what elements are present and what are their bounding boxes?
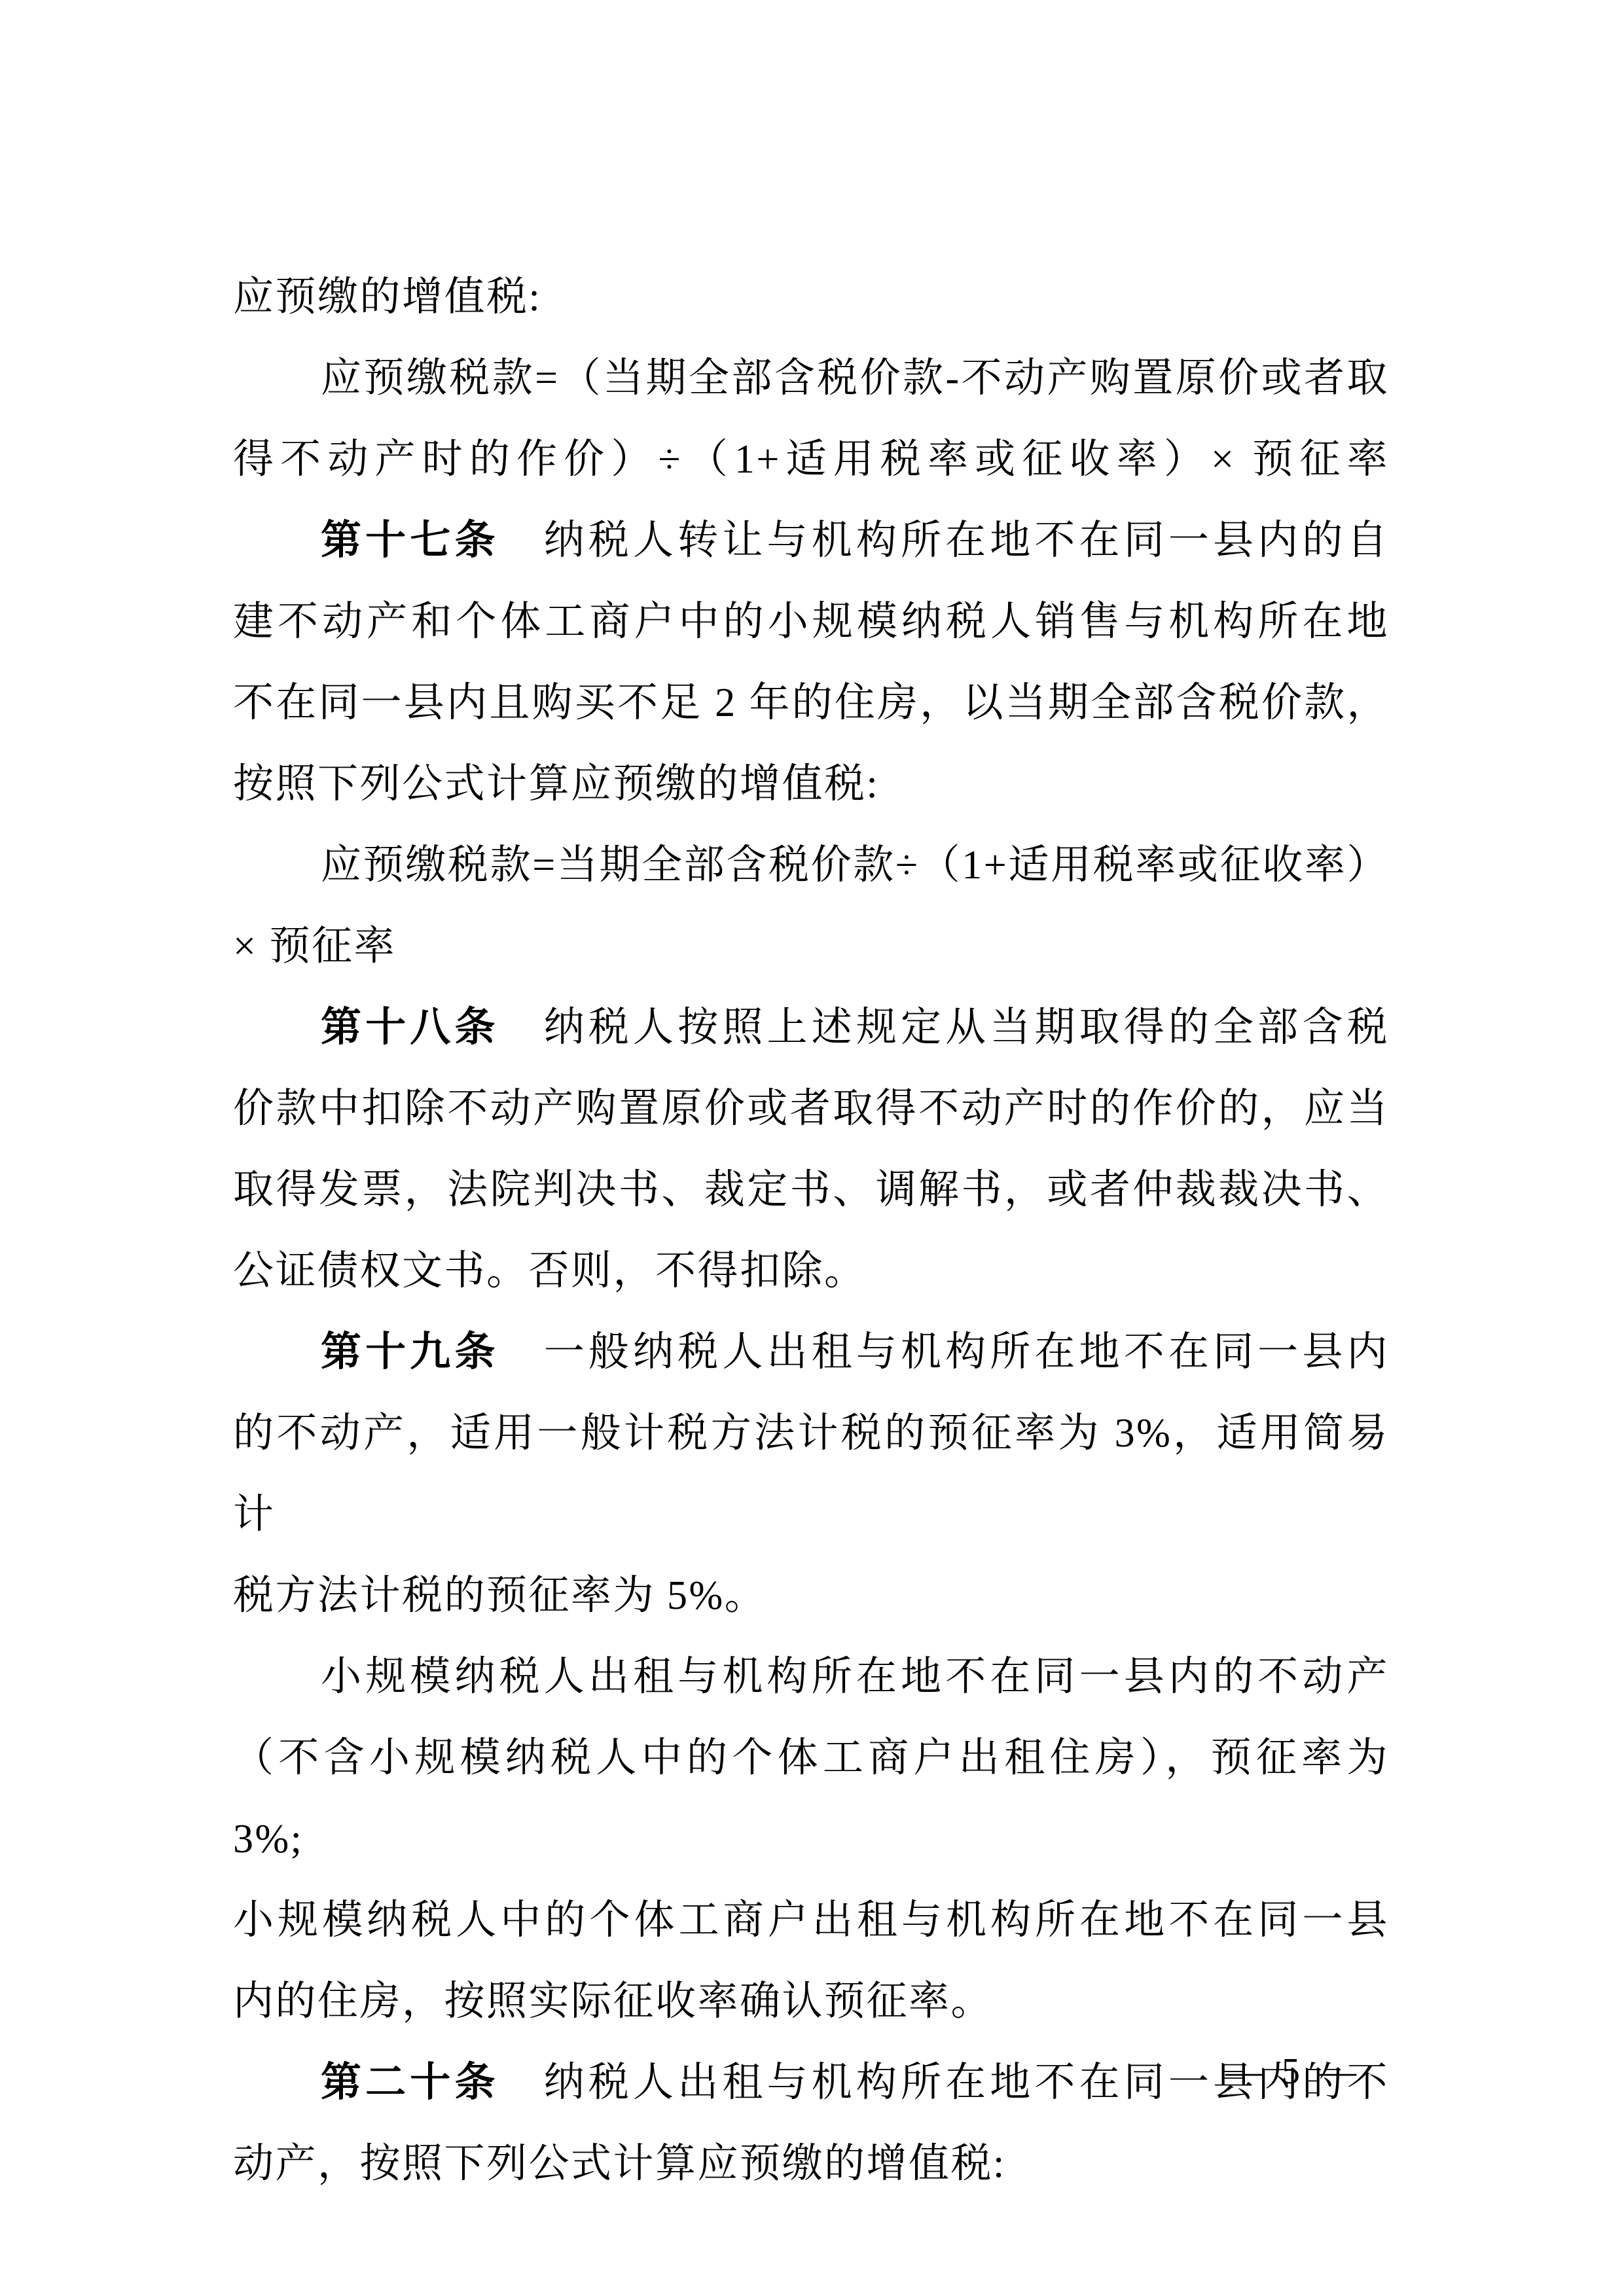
article-heading: 第十八条 [321, 1005, 499, 1050]
text-line-formula: 应预缴税款=（当期全部含税价款-不动产购置原价或者取 [233, 338, 1389, 419]
article-heading: 第十九条 [321, 1330, 499, 1374]
text-line: 公证债权文书。否则，不得扣除。 [233, 1230, 1389, 1312]
text-line: 按照下列公式计算应预缴的增值税: [233, 744, 1389, 825]
text-line-formula: 得不动产时的作价）÷（1+适用税率或征收率）× 预征率 [233, 419, 1389, 500]
text-line: 价款中扣除不动产购置原价或者取得不动产时的作价的，应当 [233, 1068, 1389, 1149]
article-heading: 第二十条 [321, 2060, 499, 2105]
text-line-article-19: 第十九条 一般纳税人出租与机构所在地不在同一县内 [233, 1312, 1389, 1393]
article-text: 纳税人转让与机构所在地不在同一县内的自 [499, 518, 1389, 563]
article-text: 一般纳税人出租与机构所在地不在同一县内 [499, 1330, 1389, 1374]
text-line: 建不动产和个体工商户中的小规模纳税人销售与机构所在地 [233, 581, 1389, 662]
text-line: 小规模纳税人出租与机构所在地不在同一县内的不动产 [233, 1636, 1389, 1717]
text-line-formula: × 预征率 [233, 906, 1389, 987]
text-line: （不含小规模纳税人中的个体工商户出租住房），预征率为 3%; [233, 1717, 1389, 1880]
text-line: 内的住房，按照实际征收率确认预征率。 [233, 1961, 1389, 2042]
text-line: 不在同一县内且购买不足 2 年的住房，以当期全部含税价款， [233, 662, 1389, 744]
text-line: 小规模纳税人中的个体工商户出租与机构所在地不在同一县 [233, 1880, 1389, 1961]
document-page: 应预缴的增值税: 应预缴税款=（当期全部含税价款-不动产购置原价或者取 得不动产… [0, 0, 1624, 2296]
text-line: 取得发票，法院判决书、裁定书、调解书，或者仲裁裁决书、 [233, 1149, 1389, 1230]
document-body: 应预缴的增值税: 应预缴税款=（当期全部含税价款-不动产购置原价或者取 得不动产… [233, 257, 1389, 2204]
page-number: — 5 — [1225, 2051, 1362, 2092]
text-line-article-17: 第十七条 纳税人转让与机构所在地不在同一县内的自 [233, 500, 1389, 581]
text-line: 税方法计税的预征率为 5%。 [233, 1555, 1389, 1636]
text-line-article-20: 第二十条 纳税人出租与机构所在地不在同一县内的不 [233, 2042, 1389, 2123]
text-line: 的不动产，适用一般计税方法计税的预征率为 3%，适用简易计 [233, 1393, 1389, 1555]
text-line-article-18: 第十八条 纳税人按照上述规定从当期取得的全部含税 [233, 987, 1389, 1068]
text-line: 应预缴的增值税: [233, 257, 1389, 338]
text-line: 动产，按照下列公式计算应预缴的增值税: [233, 2123, 1389, 2204]
article-text: 纳税人按照上述规定从当期取得的全部含税 [499, 1005, 1389, 1050]
article-heading: 第十七条 [321, 518, 499, 563]
text-line-formula: 应预缴税款=当期全部含税价款÷（1+适用税率或征收率） [233, 825, 1389, 906]
